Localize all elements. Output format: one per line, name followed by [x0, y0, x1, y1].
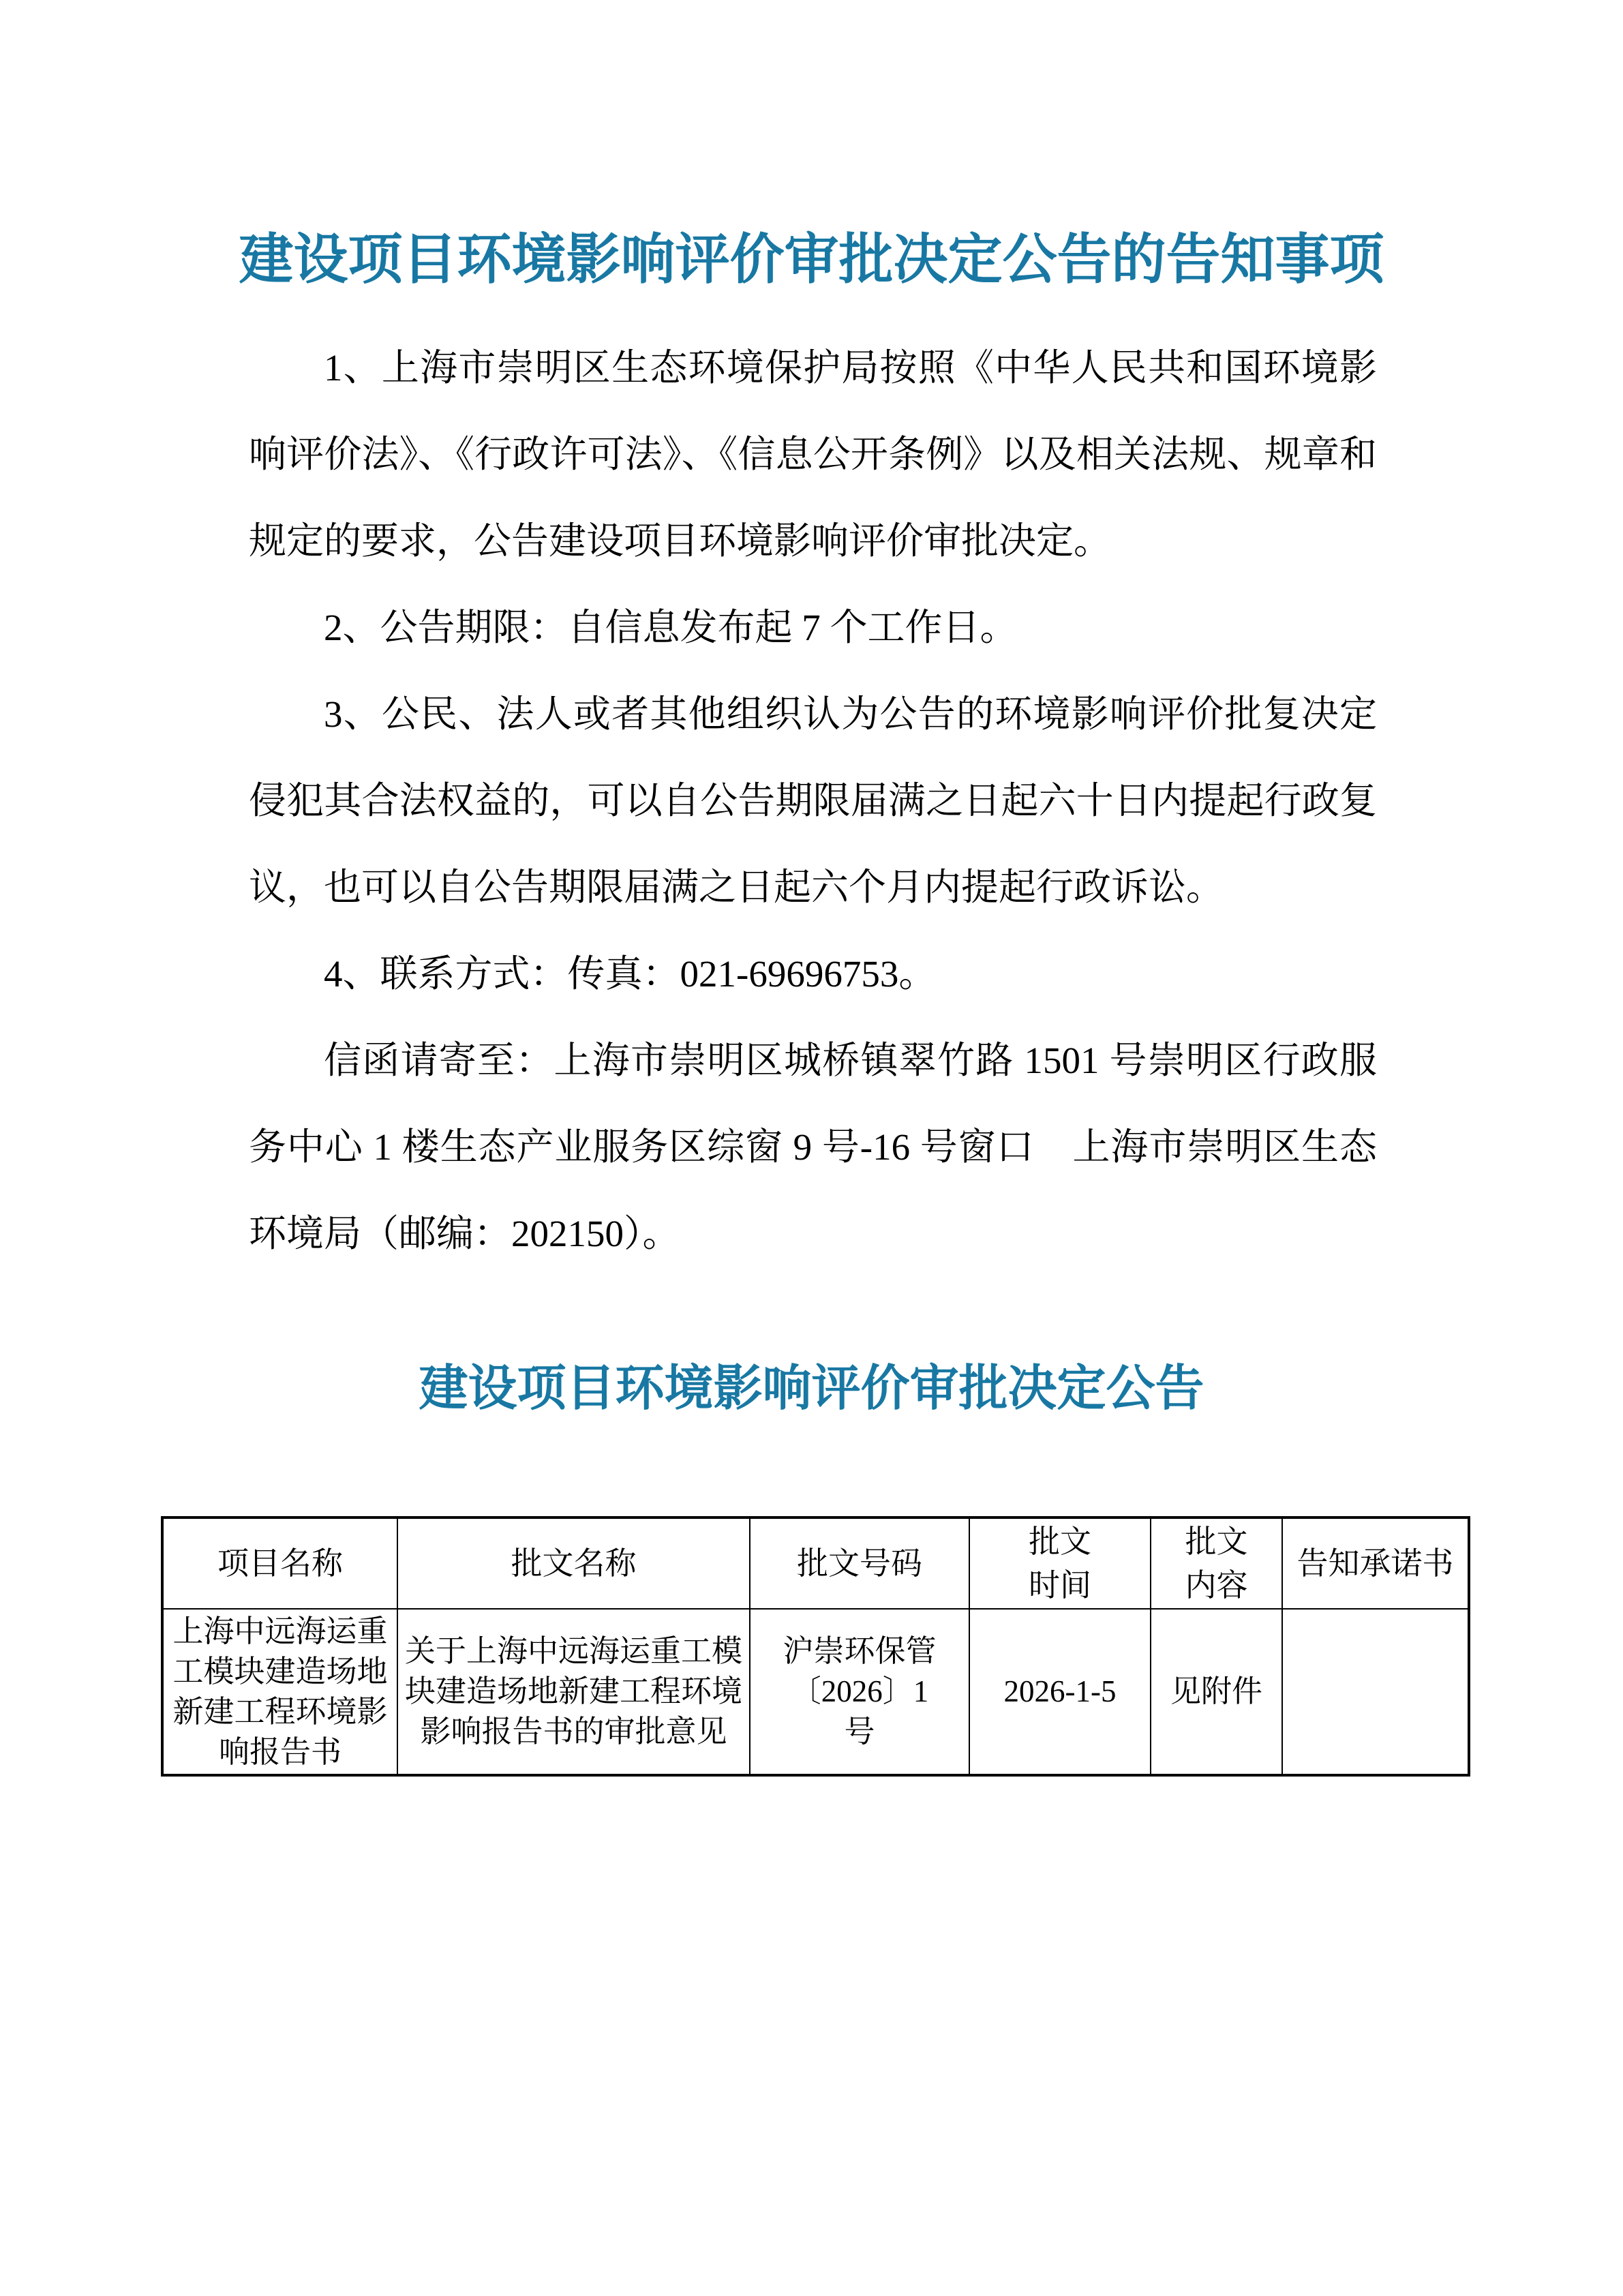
col-header-approval-content-label: 批文内容 — [1183, 1520, 1250, 1607]
document-page: 建设项目环境影响评价审批决定公告的告知事项 1、上海市崇明区生态环境保护局按照《… — [0, 0, 1623, 2296]
col-header-approval-name-label: 批文名称 — [511, 1546, 637, 1581]
notice-title: 建设项目环境影响评价审批决定公告的告知事项 — [0, 230, 1623, 289]
paragraph-announcement-period: 2、公告期限：自信息发布起 7 个工作日。 — [249, 584, 1377, 671]
paragraph-contact-fax: 4、联系方式：传真：021-69696753。 — [249, 931, 1377, 1017]
table-row: 上海中远海运重工模块建造场地新建工程环境影响报告书 关于上海中远海运重工模块建造… — [162, 1609, 1469, 1775]
announcement-title: 建设项目环境影响评价审批决定公告 — [0, 1363, 1623, 1415]
paragraph-legal-basis: 1、上海市崇明区生态环境保护局按照《中华人民共和国环境影响评价法》、《行政许可法… — [249, 324, 1377, 584]
col-header-approval-number-label: 批文号码 — [797, 1546, 922, 1581]
col-header-approval-content: 批文内容 — [1151, 1517, 1282, 1609]
col-header-approval-name: 批文名称 — [397, 1517, 750, 1609]
cell-approval-name: 关于上海中远海运重工模块建造场地新建工程环境影响报告书的审批意见 — [397, 1609, 750, 1775]
cell-commitment — [1282, 1609, 1469, 1775]
cell-approval-content: 见附件 — [1151, 1609, 1282, 1775]
approval-table: 项目名称 批文名称 批文号码 批文时间 批文内容 告知承诺书 — [161, 1516, 1470, 1777]
col-header-approval-date-label: 批文时间 — [1027, 1520, 1094, 1607]
paragraph-mailing-address: 信函请寄至：上海市崇明区城桥镇翠竹路 1501 号崇明区行政服务中心 1 楼生态… — [249, 1017, 1377, 1277]
col-header-project-name: 项目名称 — [162, 1517, 397, 1609]
col-header-project-name-label: 项目名称 — [217, 1546, 343, 1581]
cell-approval-number: 沪崇环保管〔2026〕1 号 — [750, 1609, 969, 1775]
col-header-commitment-label: 告知承诺书 — [1297, 1546, 1454, 1581]
col-header-approval-date: 批文时间 — [969, 1517, 1151, 1609]
notice-paragraphs: 1、上海市崇明区生态环境保护局按照《中华人民共和国环境影响评价法》、《行政许可法… — [249, 324, 1377, 1277]
cell-approval-date: 2026-1-5 — [969, 1609, 1151, 1775]
col-header-approval-number: 批文号码 — [750, 1517, 969, 1609]
col-header-commitment: 告知承诺书 — [1282, 1517, 1469, 1609]
cell-project-name: 上海中远海运重工模块建造场地新建工程环境影响报告书 — [162, 1609, 397, 1775]
cell-approval-number-text: 沪崇环保管〔2026〕1 号 — [774, 1631, 945, 1752]
table-header-row: 项目名称 批文名称 批文号码 批文时间 批文内容 告知承诺书 — [162, 1517, 1469, 1609]
paragraph-legal-remedies: 3、公民、法人或者其他组织认为公告的环境影响评价批复决定侵犯其合法权益的，可以自… — [249, 671, 1377, 931]
